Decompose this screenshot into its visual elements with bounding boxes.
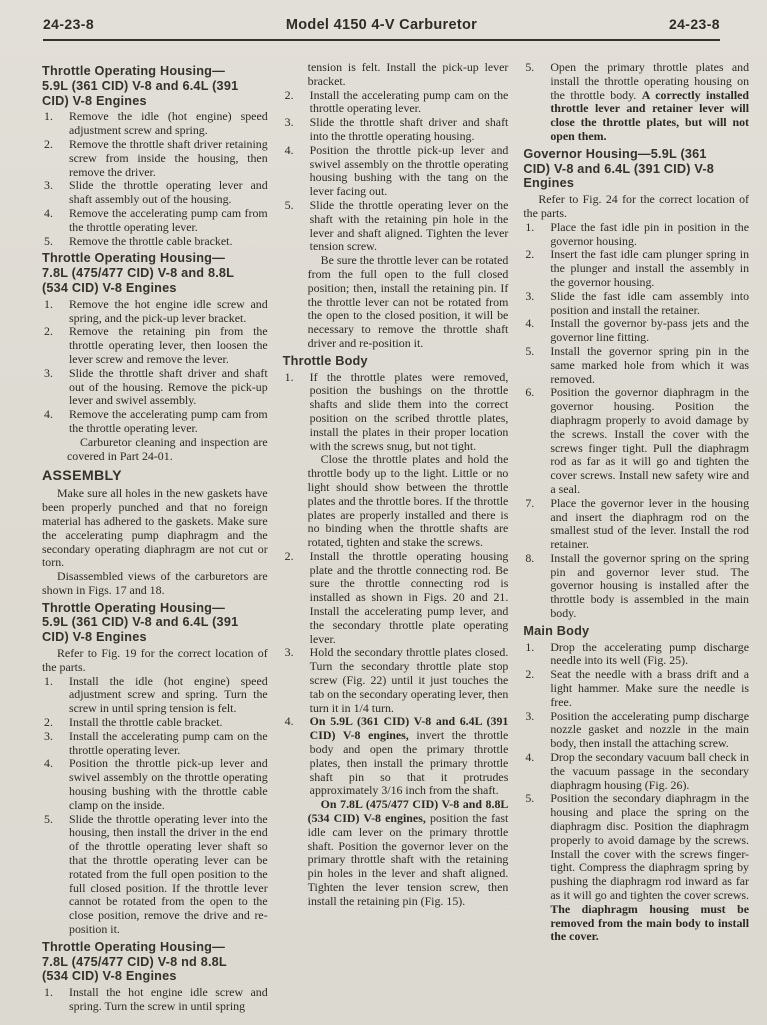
list-item-text: Remove the accelerating pump cam from th… — [69, 408, 268, 436]
text-segment: Install the accelerating pump cam on the… — [69, 729, 268, 757]
text-segment: Insert the fast idle cam plunger spring … — [550, 247, 749, 289]
list-item-number: 2. — [523, 248, 550, 289]
section-heading: Throttle Operating Housing— 7.8L (475/47… — [42, 940, 268, 984]
list-item: 6.Position the governor diaphragm in the… — [523, 386, 749, 496]
list-item-text: Install the idle (hot engine) speed adju… — [69, 675, 268, 716]
list-item-number: 4. — [283, 715, 310, 798]
list-item-number: 1. — [42, 986, 69, 1014]
list-item-text: Position the governor diaphragm in the g… — [550, 386, 749, 496]
text-segment: Install the throttle operating housing p… — [310, 549, 509, 646]
list-item-number: 3. — [42, 730, 69, 758]
text-segment: Remove the accelerating pump cam from th… — [69, 407, 268, 435]
list-item: 5.Open the primary throttle plates and i… — [523, 61, 749, 144]
text-segment: Position the throttle pick-up lever and … — [69, 756, 268, 811]
column-2: tension is felt. Install the pick-up lev… — [283, 61, 509, 1014]
list-item: 4.Drop the secondary vacuum ball check i… — [523, 751, 749, 792]
list-item: 2.Seat the needle with a brass drift and… — [523, 668, 749, 709]
list-item-text: Remove the idle (hot engine) speed adjus… — [69, 110, 268, 138]
text-segment: Slide the throttle operating lever on th… — [310, 198, 509, 253]
list-item: 4.Install the governor by-pass jets and … — [523, 317, 749, 345]
list-item-number: 2. — [42, 716, 69, 730]
list-item: 3.Slide the fast idle cam assembly into … — [523, 290, 749, 318]
text-segment: Position the throttle pick-up lever and … — [310, 143, 509, 198]
list-item-text: Position the accelerating pump discharge… — [550, 710, 749, 751]
section-heading: Governor Housing—5.9L (361 CID) V-8 and … — [523, 147, 749, 191]
list-item: 2.Install the accelerating pump cam on t… — [283, 89, 509, 117]
text-segment: Remove the throttle shaft driver retaini… — [69, 137, 268, 179]
list-item-number: 1. — [42, 675, 69, 716]
text-segment: Install the governor spring pin in the s… — [550, 344, 749, 386]
list-item-text: Place the governor lever in the housing … — [550, 497, 749, 552]
list-item-number: 4. — [42, 207, 69, 235]
section-heading: Throttle Operating Housing— 7.8L (475/47… — [42, 251, 268, 295]
text-segment: Slide the throttle shaft driver and shaf… — [69, 366, 268, 408]
list-item: 2.Remove the throttle shaft driver retai… — [42, 138, 268, 179]
list-item-text: Slide the throttle shaft driver and shaf… — [310, 116, 509, 144]
list-item-text: Remove the throttle cable bracket. — [69, 235, 268, 249]
list-item: 5.Install the governor spring pin in the… — [523, 345, 749, 386]
list-item-number: 2. — [283, 89, 310, 117]
list-item: 4.Position the throttle pick-up lever an… — [283, 144, 509, 199]
list-item-number: 7. — [523, 497, 550, 552]
list-item: 4.On 5.9L (361 CID) V-8 and 6.4L (391 CI… — [283, 715, 509, 798]
list-item-number: 3. — [523, 710, 550, 751]
text-segment: Remove the idle (hot engine) speed adjus… — [69, 109, 268, 137]
list-item-number: 3. — [42, 179, 69, 207]
list-item-number: 3. — [283, 646, 310, 715]
page-title: Model 4150 4-V Carburetor — [183, 17, 580, 33]
text-segment: Position the secondary diaphragm in the … — [550, 791, 749, 902]
list-item-text: Install the accelerating pump cam on the… — [69, 730, 268, 758]
list-item-text: Install the throttle cable bracket. — [69, 716, 268, 730]
paragraph: Close the throttle plates and hold the t… — [308, 453, 509, 550]
list-item-number: 6. — [523, 386, 550, 496]
list-item-number: 4. — [42, 408, 69, 436]
list-item-number: 1. — [523, 641, 550, 669]
text-segment: Be sure the throttle lever can be rotate… — [308, 253, 509, 350]
paragraph: Carburetor cleaning and inspection are c… — [67, 436, 268, 464]
list-item-text: Install the hot engine idle screw and sp… — [69, 986, 268, 1014]
list-item-text: Install the governor by-pass jets and th… — [550, 317, 749, 345]
list-item: 1.Drop the accelerating pump discharge n… — [523, 641, 749, 669]
text-segment: Position the governor diaphragm in the g… — [550, 385, 749, 496]
text-segment: If the throttle plates were removed, pos… — [310, 370, 509, 453]
list-item-text: Insert the fast idle cam plunger spring … — [550, 248, 749, 289]
list-item-text: Drop the accelerating pump discharge nee… — [550, 641, 749, 669]
list-item-text: Remove the accelerating pump cam from th… — [69, 207, 268, 235]
text-segment: Install the accelerating pump cam on the… — [310, 88, 509, 116]
list-item-text: Seat the needle with a brass drift and a… — [550, 668, 749, 709]
list-item-text: Slide the throttle shaft driver and shaf… — [69, 367, 268, 408]
list-item-text: Place the fast idle pin in position in t… — [550, 221, 749, 249]
list-item: 1.Install the idle (hot engine) speed ad… — [42, 675, 268, 716]
paragraph: Be sure the throttle lever can be rotate… — [308, 254, 509, 351]
text-segment: Slide the throttle shaft driver and shaf… — [310, 115, 509, 143]
list-item-number: 1. — [523, 221, 550, 249]
list-item-text: Install the throttle operating housing p… — [310, 550, 509, 647]
list-item-number: 1. — [42, 110, 69, 138]
list-item-text: Drop the secondary vacuum ball check in … — [550, 751, 749, 792]
list-item-text: Position the throttle pick-up lever and … — [310, 144, 509, 199]
list-item-text: Remove the retaining pin from the thrott… — [69, 325, 268, 366]
list-item-number: 4. — [523, 317, 550, 345]
column-1: Throttle Operating Housing— 5.9L (361 CI… — [42, 61, 268, 1014]
text-segment: Seat the needle with a brass drift and a… — [550, 667, 749, 709]
list-item-text: Install the accelerating pump cam on the… — [310, 89, 509, 117]
list-item-number: 1. — [283, 371, 310, 454]
list-item: 1.Remove the hot engine idle screw and s… — [42, 298, 268, 326]
list-item: 2.Insert the fast idle cam plunger sprin… — [523, 248, 749, 289]
list-item: 3.Slide the throttle shaft driver and sh… — [283, 116, 509, 144]
text-segment: Hold the secondary throttle plates close… — [310, 645, 509, 714]
paragraph: tension is felt. Install the pick-up lev… — [308, 61, 509, 89]
list-item-text: Install the governor spring on the sprin… — [550, 552, 749, 621]
list-item-number: 3. — [42, 367, 69, 408]
section-heading: Throttle Body — [283, 354, 509, 369]
text-segment: Remove the retaining pin from the thrott… — [69, 324, 268, 366]
list-item-text: Open the primary throttle plates and ins… — [550, 61, 749, 144]
text-segment: Install the throttle cable bracket. — [69, 715, 223, 729]
text-segment: Slide the throttle operating lever into … — [69, 812, 268, 936]
list-item: 1.Place the fast idle pin in position in… — [523, 221, 749, 249]
list-item: 8.Install the governor spring on the spr… — [523, 552, 749, 621]
text-segment: Slide the throttle operating lever and s… — [69, 178, 268, 206]
paragraph: Make sure all holes in the new gaskets h… — [42, 487, 268, 570]
list-item: 5.Remove the throttle cable bracket. — [42, 235, 268, 249]
list-item-number: 5. — [283, 199, 310, 254]
list-item: 3.Hold the secondary throttle plates clo… — [283, 646, 509, 715]
column-3: 5.Open the primary throttle plates and i… — [523, 61, 749, 1014]
list-item-number: 2. — [523, 668, 550, 709]
section-heading: Throttle Operating Housing— 5.9L (361 CI… — [42, 64, 268, 108]
list-item: 3.Slide the throttle operating lever and… — [42, 179, 268, 207]
list-item: 2.Remove the retaining pin from the thro… — [42, 325, 268, 366]
list-item-text: Hold the secondary throttle plates close… — [310, 646, 509, 715]
text-segment: Close the throttle plates and hold the t… — [308, 452, 509, 549]
bold-text-segment: The diaphragm housing must be removed fr… — [550, 902, 749, 944]
text-segment: Place the governor lever in the housing … — [550, 496, 749, 551]
manual-page: 24-23-8 Model 4150 4-V Carburetor 24-23-… — [0, 0, 767, 1025]
list-item-number: 3. — [523, 290, 550, 318]
text-columns: Throttle Operating Housing— 5.9L (361 CI… — [42, 61, 749, 1014]
list-item-number: 4. — [523, 751, 550, 792]
list-item-text: Slide the throttle operating lever and s… — [69, 179, 268, 207]
page-code-left: 24-23-8 — [43, 16, 183, 32]
paragraph: Refer to Fig. 24 for the correct locatio… — [523, 193, 749, 221]
list-item-text: Position the secondary diaphragm in the … — [550, 792, 749, 944]
list-item: 7.Place the governor lever in the housin… — [523, 497, 749, 552]
list-item-number: 5. — [42, 235, 69, 249]
list-item: 5.Slide the throttle operating lever on … — [283, 199, 509, 254]
text-segment: position the fast idle cam lever on the … — [308, 811, 509, 908]
text-segment: Remove the throttle cable bracket. — [69, 234, 232, 248]
list-item-number: 4. — [42, 757, 69, 812]
list-item: 4.Remove the accelerating pump cam from … — [42, 408, 268, 436]
list-item-number: 5. — [523, 61, 550, 144]
section-heading: Throttle Operating Housing— 5.9L (361 CI… — [42, 601, 268, 645]
text-segment: Disassembled views of the carburetors ar… — [42, 569, 268, 597]
list-item: 4.Position the throttle pick-up lever an… — [42, 757, 268, 812]
list-item-text: Remove the throttle shaft driver retaini… — [69, 138, 268, 179]
list-item: 4.Remove the accelerating pump cam from … — [42, 207, 268, 235]
text-segment: Install the idle (hot engine) speed adju… — [69, 674, 268, 716]
text-segment: Make sure all holes in the new gaskets h… — [42, 486, 268, 569]
list-item: 2.Install the throttle operating housing… — [283, 550, 509, 647]
list-item: 1.Install the hot engine idle screw and … — [42, 986, 268, 1014]
list-item-number: 5. — [42, 813, 69, 937]
paragraph: Refer to Fig. 19 for the correct locatio… — [42, 647, 268, 675]
text-segment: Carburetor cleaning and inspection are c… — [67, 435, 268, 463]
text-segment: Drop the secondary vacuum ball check in … — [550, 750, 749, 792]
list-item-text: Slide the fast idle cam assembly into po… — [550, 290, 749, 318]
list-item-text: Slide the throttle operating lever into … — [69, 813, 268, 937]
text-segment: Remove the accelerating pump cam from th… — [69, 206, 268, 234]
page-code-right: 24-23-8 — [580, 16, 720, 32]
list-item-number: 5. — [523, 345, 550, 386]
list-item-number: 2. — [42, 138, 69, 179]
section-heading: ASSEMBLY — [42, 468, 268, 484]
list-item: 3.Slide the throttle shaft driver and sh… — [42, 367, 268, 408]
list-item-number: 5. — [523, 792, 550, 944]
text-segment: Install the hot engine idle screw and sp… — [69, 985, 268, 1013]
list-item: 2.Install the throttle cable bracket. — [42, 716, 268, 730]
list-item-number: 8. — [523, 552, 550, 621]
section-heading: Main Body — [523, 624, 749, 639]
text-segment: tension is felt. Install the pick-up lev… — [308, 60, 509, 88]
page-header: 24-23-8 Model 4150 4-V Carburetor 24-23-… — [43, 16, 720, 33]
text-segment: Place the fast idle pin in position in t… — [550, 220, 749, 248]
text-segment: Remove the hot engine idle screw and spr… — [69, 297, 268, 325]
text-segment: Install the governor spring on the sprin… — [550, 551, 749, 620]
list-item-number: 2. — [283, 550, 310, 647]
list-item-number: 4. — [283, 144, 310, 199]
list-item: 5.Position the secondary diaphragm in th… — [523, 792, 749, 944]
list-item-text: If the throttle plates were removed, pos… — [310, 371, 509, 454]
list-item-text: Remove the hot engine idle screw and spr… — [69, 298, 268, 326]
list-item: 1.Remove the idle (hot engine) speed adj… — [42, 110, 268, 138]
list-item-text: On 5.9L (361 CID) V-8 and 6.4L (391 CID)… — [310, 715, 509, 798]
text-segment: Drop the accelerating pump discharge nee… — [550, 640, 749, 668]
paragraph: On 7.8L (475/477 CID) V-8 and 8.8L (534 … — [308, 798, 509, 908]
list-item: 5.Slide the throttle operating lever int… — [42, 813, 268, 937]
text-segment: Install the governor by-pass jets and th… — [550, 316, 749, 344]
list-item-number: 2. — [42, 325, 69, 366]
text-segment: Refer to Fig. 19 for the correct locatio… — [42, 646, 268, 674]
list-item-text: Slide the throttle operating lever on th… — [310, 199, 509, 254]
text-segment: Slide the fast idle cam assembly into po… — [550, 289, 749, 317]
list-item: 3.Position the accelerating pump dischar… — [523, 710, 749, 751]
paragraph: Disassembled views of the carburetors ar… — [42, 570, 268, 598]
list-item: 3.Install the accelerating pump cam on t… — [42, 730, 268, 758]
text-segment: Position the accelerating pump discharge… — [550, 709, 749, 751]
text-segment: Refer to Fig. 24 for the correct locatio… — [523, 192, 749, 220]
list-item-number: 3. — [283, 116, 310, 144]
list-item-text: Install the governor spring pin in the s… — [550, 345, 749, 386]
list-item-text: Position the throttle pick-up lever and … — [69, 757, 268, 812]
header-rule — [43, 39, 720, 41]
list-item: 1.If the throttle plates were removed, p… — [283, 371, 509, 454]
list-item-number: 1. — [42, 298, 69, 326]
